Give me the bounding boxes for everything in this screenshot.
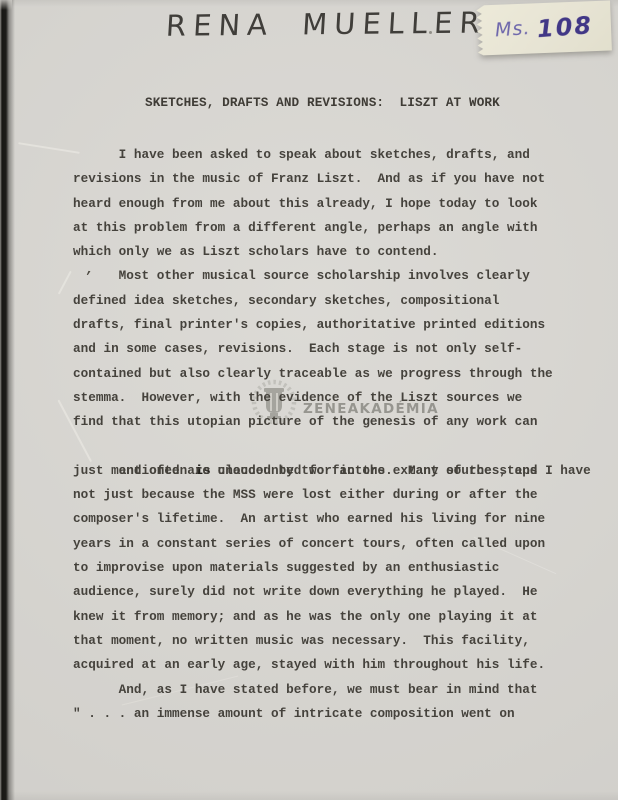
- text-line: I have been asked to speak about sketche…: [73, 143, 573, 167]
- text-line: " . . . an immense amount of intricate c…: [73, 702, 573, 726]
- manuscript-number: 108: [536, 11, 594, 43]
- text-line: revisions in the music of Franz Liszt. A…: [73, 167, 573, 191]
- text-line: stemma. However, with the evidence of th…: [73, 386, 573, 410]
- text-line: to improvise upon materials suggested by…: [73, 556, 573, 580]
- text-line: composer's lifetime. An artist who earne…: [73, 507, 573, 531]
- text-line: just mentioned are unaccounted for in th…: [73, 459, 573, 483]
- manuscript-prefix: Ms.: [494, 17, 531, 42]
- text-line: heard enough from me about this already,…: [73, 192, 573, 216]
- text-line: drafts, final printer's copies, authorit…: [73, 313, 573, 337]
- text-line: years in a constant series of concert to…: [73, 532, 573, 556]
- text-line: Most other musical source scholarship in…: [73, 264, 573, 288]
- scan-edge-shadow: [0, 0, 15, 800]
- text-line: contained but also clearly traceable as …: [73, 362, 573, 386]
- scan-edge-fade: [0, 0, 12, 10]
- paper-scratch: [18, 142, 79, 153]
- text-line: acquired at an early age, stayed with hi…: [73, 653, 573, 677]
- text-line: And, as I have stated before, we must be…: [73, 678, 573, 702]
- text-line: defined idea sketches, secondary sketche…: [73, 289, 573, 313]
- body-text: I have been asked to speak about sketche…: [73, 143, 573, 726]
- text-line: knew it from memory; and as he was the o…: [73, 605, 573, 629]
- archive-label: Ms. 108: [476, 0, 612, 55]
- paper-scratch: [58, 271, 72, 295]
- scanned-typescript-page: RENA MUELLER: Ms. 108 SKETCHES, DRAFTS A…: [0, 0, 618, 800]
- text-line: find that this utopian picture of the ge…: [73, 410, 573, 434]
- handwritten-author-name: RENA MUELLER:: [165, 7, 503, 41]
- text-line: and often is clouded by two factors. Man…: [73, 435, 573, 459]
- text-line: not just because the MSS were lost eithe…: [73, 483, 573, 507]
- text-line: audience, surely did not write down ever…: [73, 580, 573, 604]
- text-line: which only we as Liszt scholars have to …: [73, 240, 573, 264]
- text-line: that moment, no written music was necess…: [73, 629, 573, 653]
- text-line: at this problem from a different angle, …: [73, 216, 573, 240]
- archive-label-paper: Ms. 108: [476, 0, 612, 55]
- page-title: SKETCHES, DRAFTS AND REVISIONS: LISZT AT…: [145, 95, 500, 110]
- text-line: and in some cases, revisions. Each stage…: [73, 337, 573, 361]
